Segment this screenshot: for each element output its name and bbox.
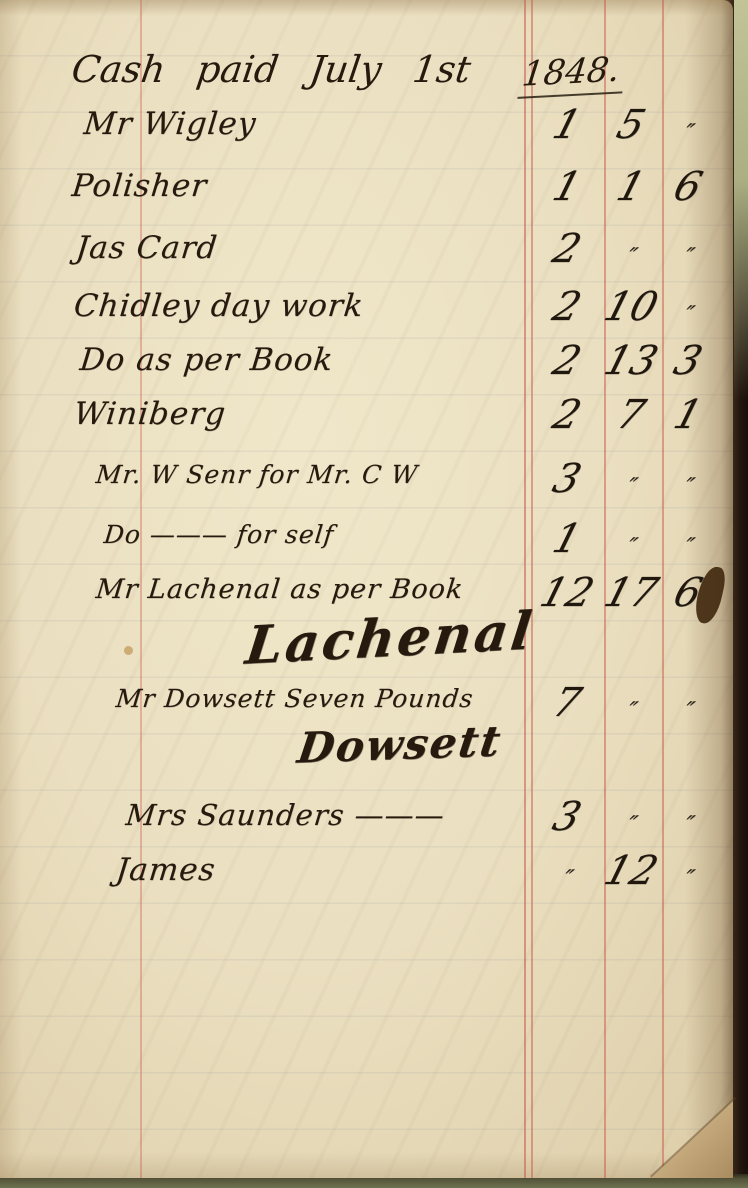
- ledger-page: Cash paid July 1st 1848. Mr Wigley 1 5 ″…: [0, 0, 733, 1178]
- entry-pence: 6: [653, 164, 722, 210]
- entry-name: Jas Card: [74, 230, 219, 266]
- entry-shillings: ″: [598, 474, 663, 500]
- entry-pence: ″: [656, 812, 719, 838]
- entry-pounds: 12: [527, 570, 606, 616]
- ledger-row: Mr Wigley 1 5 ″: [0, 106, 733, 158]
- entry-name: Mrs Saunders ———: [124, 798, 446, 832]
- ledger-row: Jas Card 2 ″ ″: [0, 230, 733, 282]
- entry-pounds: ″: [530, 866, 603, 892]
- entry-shillings: ″: [598, 534, 663, 560]
- page-heading-year: 1848.: [517, 49, 628, 99]
- entry-pounds: 3: [527, 456, 606, 502]
- entry-pounds: 3: [527, 794, 606, 840]
- entry-shillings: ″: [598, 698, 663, 724]
- entry-pounds: 1: [527, 102, 606, 148]
- entry-name: Do as per Book: [78, 342, 335, 378]
- paper-speck: [124, 646, 133, 655]
- entry-name: Winiberg: [72, 396, 228, 432]
- entry-pence: ″: [656, 698, 719, 724]
- background-corner: [734, 0, 748, 400]
- entry-pence: ″: [656, 866, 719, 892]
- entry-pounds: 2: [527, 226, 606, 272]
- entry-pence: ″: [656, 474, 719, 500]
- entry-shillings: ″: [598, 812, 663, 838]
- entry-pounds: 1: [527, 164, 606, 210]
- entry-shillings: 10: [595, 284, 666, 330]
- entry-name: Do ——— for self: [102, 520, 335, 549]
- entry-shillings: ″: [598, 244, 663, 270]
- entry-pence: ″: [656, 120, 719, 146]
- entry-pounds: 2: [527, 338, 606, 384]
- entry-name: James: [114, 852, 217, 888]
- entry-pounds: 2: [527, 284, 606, 330]
- entry-pence: 3: [653, 338, 722, 384]
- ledger-row: Do ——— for self 1 ″ ″: [0, 520, 733, 572]
- entry-name: Mr Dowsett Seven Pounds: [114, 684, 474, 713]
- photographed-ledger: Cash paid July 1st 1848. Mr Wigley 1 5 ″…: [0, 0, 748, 1188]
- signature-dowsett: Dowsett: [295, 716, 506, 772]
- entry-name: Mr Wigley: [82, 106, 258, 142]
- entry-name: Mr. W Senr for Mr. C W: [94, 460, 419, 489]
- ledger-row: Do as per Book 2 13 3: [0, 342, 733, 394]
- entry-name: Mr Lachenal as per Book: [94, 574, 465, 605]
- entry-pounds: 1: [527, 516, 606, 562]
- entry-pence: ″: [656, 244, 719, 270]
- entry-pounds: 2: [527, 392, 606, 438]
- ledger-row: Mrs Saunders ——— 3 ″ ″: [0, 798, 733, 850]
- entry-name: Chidley day work: [72, 288, 365, 324]
- entry-name: Polisher: [70, 168, 209, 204]
- entry-pence: ″: [656, 302, 719, 328]
- entry-pence: 1: [653, 392, 722, 438]
- entry-pence: ″: [656, 534, 719, 560]
- ledger-row: Chidley day work 2 10 ″: [0, 288, 733, 340]
- entry-pounds: 7: [527, 680, 606, 726]
- ledger-row: Winiberg 2 7 1: [0, 396, 733, 448]
- entry-shillings: 5: [595, 102, 666, 148]
- entry-shillings: 12: [595, 848, 666, 894]
- ledger-row: Polisher 1 1 6: [0, 168, 733, 220]
- ledger-row: James ″ 12 ″: [0, 852, 733, 904]
- page-heading: Cash paid July 1st: [69, 48, 474, 91]
- ledger-row: Mr. W Senr for Mr. C W 3 ″ ″: [0, 460, 733, 512]
